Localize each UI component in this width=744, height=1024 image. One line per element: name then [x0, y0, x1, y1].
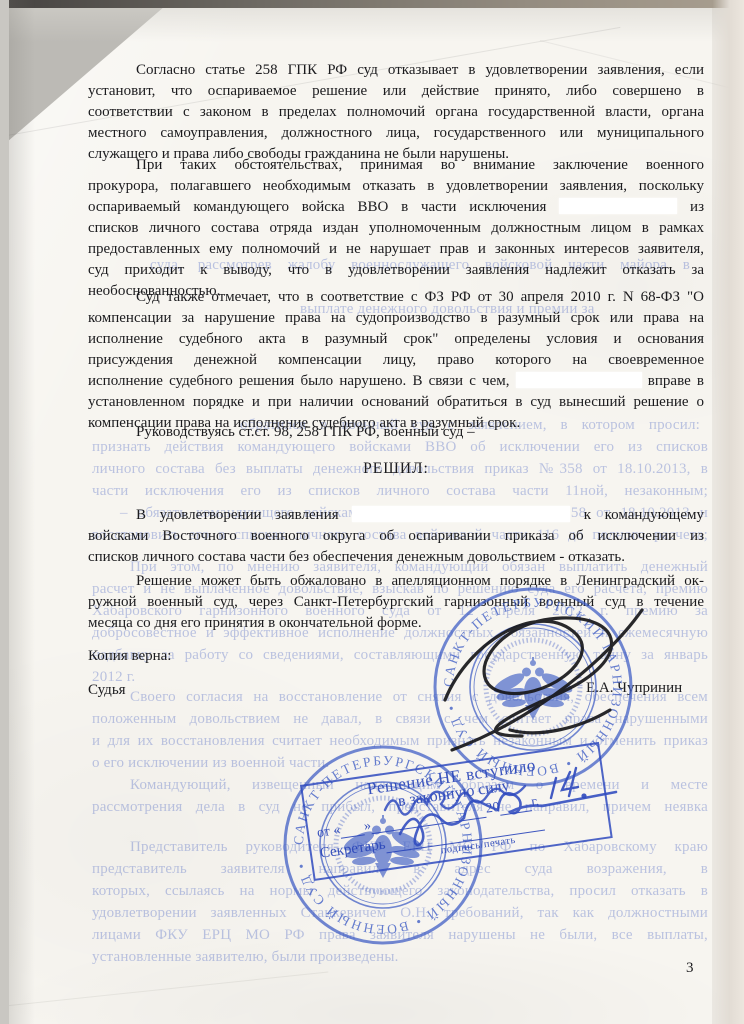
- redaction-box: [516, 372, 642, 388]
- bleedthrough-line: установленные заявителю, были произведен…: [92, 948, 399, 966]
- paragraph: При таких обстоятельствах, принимая во в…: [88, 155, 704, 302]
- document-line: оспариваемый командующего войска ВВО в ч…: [88, 197, 704, 218]
- document-line: компенсации за нарушение права на судопр…: [88, 308, 704, 329]
- document-line: предоставленных ему полномочий и не нару…: [88, 239, 704, 260]
- document-line: Руководствуясь ст.ст. 98, 258 ГПК РФ, во…: [88, 422, 704, 443]
- document-line: прокурора, полагавшего необходимым отказ…: [88, 176, 704, 197]
- document-line: войсками Восточного военного округа об о…: [88, 526, 704, 547]
- document-line: Суд также отмечает, что в соответствие с…: [88, 287, 704, 308]
- scan-edge-right: [712, 0, 744, 1024]
- page-number: 3: [686, 960, 694, 977]
- document-line: исполнение судебного акта в разумный сро…: [88, 329, 704, 350]
- document-line: В удовлетворении заявления к командующем…: [88, 505, 704, 526]
- document-line: соответствии с законом в пределах полном…: [88, 102, 704, 123]
- document-line: При таких обстоятельствах, принимая во в…: [88, 155, 704, 176]
- document-line: присуждения денежной компенсации лицу, п…: [88, 350, 704, 371]
- document-line: установит, что оспариваемое решение или …: [88, 81, 704, 102]
- scan-edge-left: [0, 0, 9, 1024]
- document-line: списков личного состава части без обеспе…: [88, 547, 704, 568]
- resolution-heading: РЕШИЛ:: [88, 460, 704, 478]
- paragraph: Суд также отмечает, что в соответствие с…: [88, 287, 704, 434]
- bleedthrough-line: части исключения его из списков личного …: [92, 482, 708, 500]
- redaction-box: [559, 198, 677, 214]
- coat-of-arms-eagle-icon: [491, 657, 575, 720]
- document-line: списков личного состава отряда издан упо…: [88, 218, 704, 239]
- document-line: исполнение судебного решения было наруше…: [88, 371, 704, 392]
- fold-shading: [0, 8, 744, 42]
- paragraph: Руководствуясь ст.ст. 98, 258 ГПК РФ, во…: [88, 422, 704, 443]
- stamp-secretary-label: Секретарь: [319, 837, 387, 863]
- judge-label: Судья: [88, 682, 126, 699]
- redaction-box: [352, 506, 570, 522]
- stamp-from-label: от «: [316, 823, 341, 842]
- document-line: Согласно статье 258 ГПК РФ суд отказывае…: [88, 60, 704, 81]
- document-line: суд приходит к выводу, что в удовлетворе…: [88, 260, 704, 281]
- copy-certified-label: Копия верна:: [88, 648, 171, 665]
- paper-crease: [0, 972, 328, 1007]
- scanned-court-decision-page: суда, рассмотрев жалобу военнослужащего …: [0, 0, 744, 1024]
- paragraph: В удовлетворении заявления к командующем…: [88, 505, 704, 568]
- paragraph: Согласно статье 258 ГПК РФ суд отказывае…: [88, 60, 704, 165]
- document-line: установленном порядке и при наличии осно…: [88, 392, 704, 413]
- stamp-year-suffix: г.: [530, 794, 540, 811]
- document-line: местного самоуправления, должностного ли…: [88, 123, 704, 144]
- scan-edge-top: [0, 0, 744, 8]
- scan-shadow-left: [9, 0, 35, 1024]
